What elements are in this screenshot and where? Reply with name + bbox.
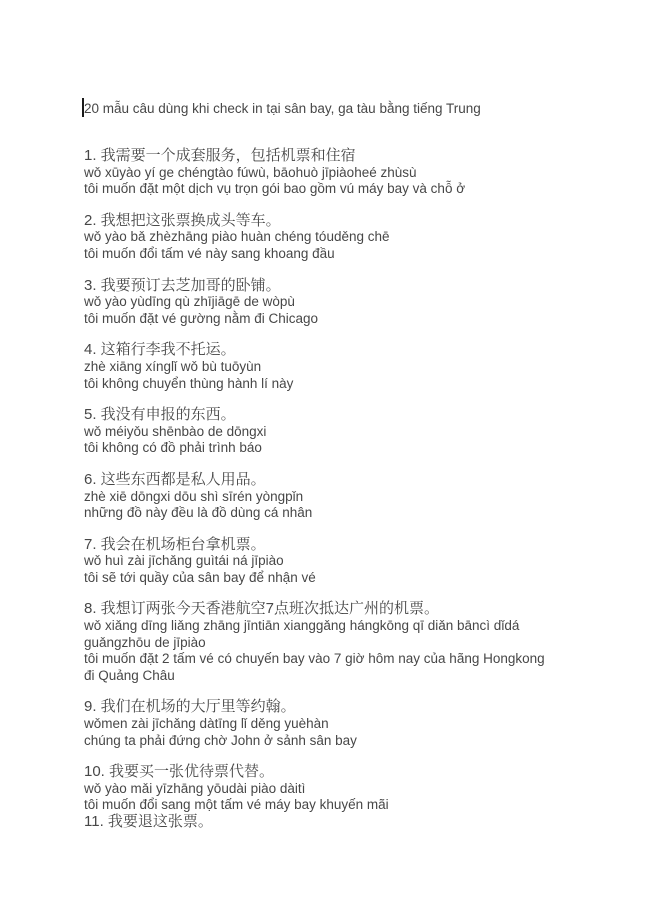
- sentence-vietnamese-line[interactable]: đi Quảng Châu: [84, 668, 624, 685]
- sentence-vietnamese-line[interactable]: tôi muốn đặt một dịch vụ trọn gói bao gồ…: [84, 181, 624, 198]
- sentence-vietnamese-line[interactable]: chúng ta phải đứng chờ John ở sảnh sân b…: [84, 733, 624, 750]
- sentence-pinyin-line[interactable]: zhè xiāng xínglǐ wǒ bù tuōyùn: [84, 359, 624, 376]
- sentence-chinese-line[interactable]: 4. 这箱行李我不托运。: [84, 342, 624, 359]
- sentence-chinese-line[interactable]: 2. 我想把这张票换成头等车。: [84, 213, 624, 230]
- sentence-pinyin-line[interactable]: wǒ yào yùdīng qù zhījiāgē de wòpù: [84, 294, 624, 311]
- sentence-vietnamese-line[interactable]: tôi sẽ tới quầy của sân bay để nhận vé: [84, 570, 624, 587]
- sentence-vietnamese-line[interactable]: tôi muốn đổi tấm vé này sang khoang đầu: [84, 246, 624, 263]
- sentence-vietnamese-line[interactable]: tôi không có đồ phải trình báo: [84, 440, 624, 457]
- sentence-pinyin-line[interactable]: wǒ huì zài jīchǎng guìtái ná jīpiào: [84, 553, 624, 570]
- sentence-chinese-line[interactable]: 10. 我要买一张优待票代替。: [84, 764, 624, 781]
- sentence-chinese-line[interactable]: 6. 这些东西都是私人用品。: [84, 472, 624, 489]
- sentence-pinyin-line[interactable]: zhè xiē dōngxi dōu shì sīrén yòngpǐn: [84, 489, 624, 506]
- document-title[interactable]: 20 mẫu câu dùng khi check in tại sân bay…: [84, 101, 481, 116]
- sentence-pinyin-line[interactable]: wǒ yào mǎi yīzhāng yōudài piào dàitì: [84, 781, 624, 798]
- sentence-item: 9. 我们在机场的大厅里等约翰。wǒmen zài jīchǎng dàtīng…: [84, 699, 624, 749]
- sentence-item: 7. 我会在机场柜台拿机票。wǒ huì zài jīchǎng guìtái …: [84, 537, 624, 587]
- sentence-vietnamese-line[interactable]: tôi muốn đổi sang một tấm vé máy bay khu…: [84, 797, 624, 814]
- sentence-vietnamese-line[interactable]: tôi không chuyển thùng hành lí này: [84, 376, 624, 393]
- sentence-item: 10. 我要买一张优待票代替。wǒ yào mǎi yīzhāng yōudài…: [84, 764, 624, 814]
- sentence-vietnamese-line[interactable]: tôi muốn đặt vé gường nằm đi Chicago: [84, 311, 624, 328]
- sentence-vietnamese-line[interactable]: những đồ này đều là đồ dùng cá nhân: [84, 505, 624, 522]
- sentence-chinese-line[interactable]: 9. 我们在机场的大厅里等约翰。: [84, 699, 624, 716]
- sentence-pinyin-line[interactable]: wǒ yào bǎ zhèzhāng piào huàn chéng tóudě…: [84, 229, 624, 246]
- sentence-item: 8. 我想订两张今天香港航空7点班次抵达广州的机票。wǒ xiǎng dīng …: [84, 601, 624, 684]
- sentence-chinese-line[interactable]: 11. 我要退这张票。: [84, 814, 624, 831]
- sentence-item: 2. 我想把这张票换成头等车。wǒ yào bǎ zhèzhāng piào h…: [84, 213, 624, 263]
- sentence-item: 3. 我要预订去芝加哥的卧铺。wǒ yào yùdīng qù zhījiāgē…: [84, 278, 624, 328]
- sentence-list: 1. 我需要一个成套服务，包括机票和住宿wǒ xūyào yí ge chéng…: [84, 148, 624, 831]
- sentence-item: 5. 我没有申报的东西。wǒ méiyǒu shēnbào de dōngxit…: [84, 407, 624, 457]
- text-cursor: [82, 98, 84, 117]
- title-row: 20 mẫu câu dùng khi check in tại sân bay…: [84, 100, 624, 117]
- sentence-item: 1. 我需要一个成套服务，包括机票和住宿wǒ xūyào yí ge chéng…: [84, 148, 624, 198]
- sentence-pinyin-line[interactable]: wǒ xūyào yí ge chéngtào fúwù, bāohuò jīp…: [84, 165, 624, 182]
- sentence-chinese-line[interactable]: 7. 我会在机场柜台拿机票。: [84, 537, 624, 554]
- sentence-chinese-line[interactable]: 3. 我要预订去芝加哥的卧铺。: [84, 278, 624, 295]
- sentence-item: 11. 我要退这张票。: [84, 814, 624, 831]
- sentence-chinese-line[interactable]: 1. 我需要一个成套服务，包括机票和住宿: [84, 148, 624, 165]
- sentence-pinyin-line[interactable]: wǒmen zài jīchǎng dàtīng lǐ děng yuèhàn: [84, 716, 624, 733]
- sentence-pinyin-line[interactable]: wǒ xiǎng dīng liǎng zhāng jīntiān xiangg…: [84, 618, 624, 635]
- sentence-chinese-line[interactable]: 5. 我没有申报的东西。: [84, 407, 624, 424]
- sentence-pinyin-line[interactable]: guǎngzhōu de jīpiào: [84, 635, 624, 652]
- sentence-pinyin-line[interactable]: wǒ méiyǒu shēnbào de dōngxi: [84, 424, 624, 441]
- sentence-item: 4. 这箱行李我不托运。zhè xiāng xínglǐ wǒ bù tuōyù…: [84, 342, 624, 392]
- sentence-item: 6. 这些东西都是私人用品。zhè xiē dōngxi dōu shì sīr…: [84, 472, 624, 522]
- document-page[interactable]: 20 mẫu câu dùng khi check in tại sân bay…: [84, 100, 624, 846]
- sentence-chinese-line[interactable]: 8. 我想订两张今天香港航空7点班次抵达广州的机票。: [84, 601, 624, 618]
- sentence-vietnamese-line[interactable]: tôi muốn đặt 2 tấm vé có chuyến bay vào …: [84, 651, 624, 668]
